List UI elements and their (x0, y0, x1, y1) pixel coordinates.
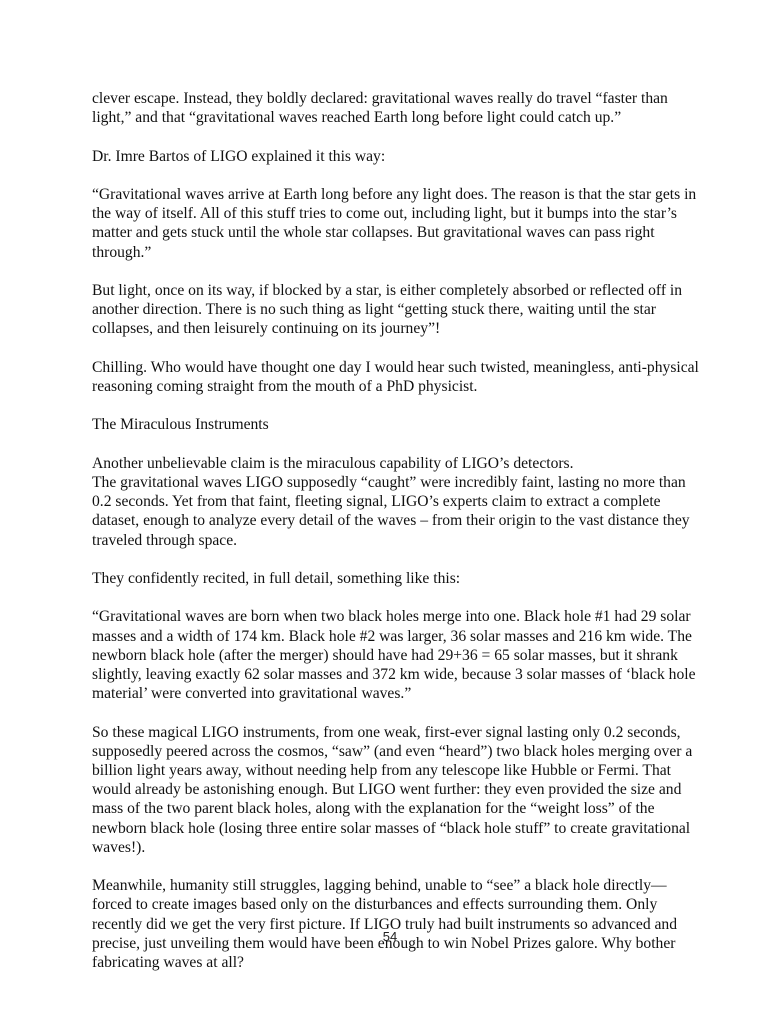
page-body: clever escape. Instead, they boldly decl… (92, 89, 704, 991)
paragraph-bartos-quote: “Gravitational waves arrive at Earth lon… (92, 185, 704, 262)
paragraph-light-blocked: But light, once on its way, if blocked b… (92, 281, 704, 339)
paragraph-magical-instruments: So these magical LIGO instruments, from … (92, 723, 704, 857)
paragraph-chilling: Chilling. Who would have thought one day… (92, 358, 704, 396)
document-page: clever escape. Instead, they boldly decl… (0, 0, 780, 1010)
section-heading: The Miraculous Instruments (92, 415, 704, 434)
paragraph-unbelievable-claim: Another unbelievable claim is the miracu… (92, 454, 704, 473)
paragraph-black-hole-quote: “Gravitational waves are born when two b… (92, 607, 704, 703)
paragraph-meanwhile: Meanwhile, humanity still struggles, lag… (92, 876, 704, 972)
paragraph-faint-signal: The gravitational waves LIGO supposedly … (92, 473, 704, 550)
paragraph-bartos-intro: Dr. Imre Bartos of LIGO explained it thi… (92, 147, 704, 166)
paragraph-clever-escape: clever escape. Instead, they boldly decl… (92, 89, 704, 127)
page-number: 54 (0, 929, 780, 944)
paragraph-recited: They confidently recited, in full detail… (92, 569, 704, 588)
